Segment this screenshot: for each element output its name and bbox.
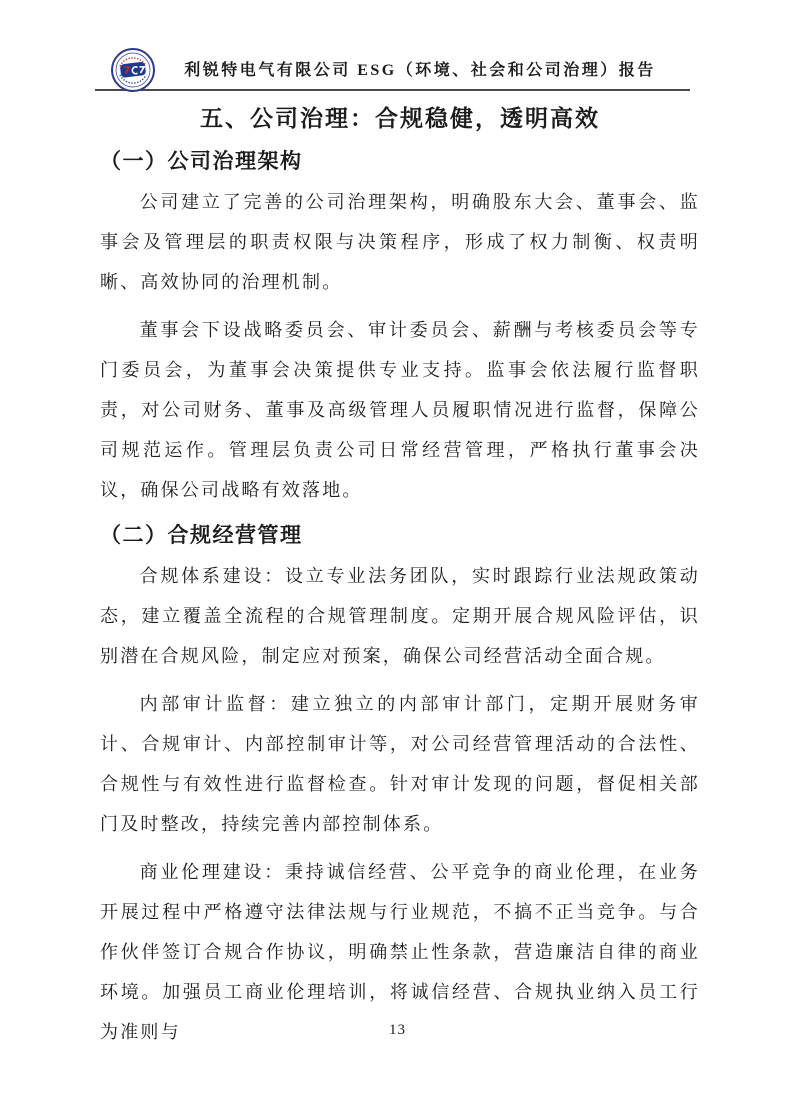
page-header: 利锐特电气有限公司 ESG（环境、社会和公司治理）报告 [95, 0, 690, 91]
section-heading-compliance-management: （二）合规经营管理 [100, 520, 700, 550]
section-heading-governance-structure: （一）公司治理架构 [100, 146, 700, 176]
header-report-title: 利锐特电气有限公司 ESG（环境、社会和公司治理）报告 [150, 57, 690, 80]
document-body: 五、公司治理：合规稳健，透明高效 （一）公司治理架构 公司建立了完善的公司治理架… [100, 92, 700, 1060]
paragraph: 董事会下设战略委员会、审计委员会、薪酬与考核委员会等专门委员会，为董事会决策提供… [100, 310, 700, 510]
document-page: 利锐特电气有限公司 ESG（环境、社会和公司治理）报告 五、公司治理：合规稳健，… [0, 0, 795, 1120]
paragraph: 公司建立了完善的公司治理架构，明确股东大会、董事会、监事会及管理层的职责权限与决… [100, 182, 700, 302]
chapter-title: 五、公司治理：合规稳健，透明高效 [100, 102, 700, 136]
page-number: 13 [0, 1022, 795, 1039]
paragraph: 合规体系建设：设立专业法务团队，实时跟踪行业法规政策动态，建立覆盖全流程的合规管… [100, 556, 700, 676]
paragraph: 内部审计监督：建立独立的内部审计部门，定期开展财务审计、合规审计、内部控制审计等… [100, 684, 700, 844]
